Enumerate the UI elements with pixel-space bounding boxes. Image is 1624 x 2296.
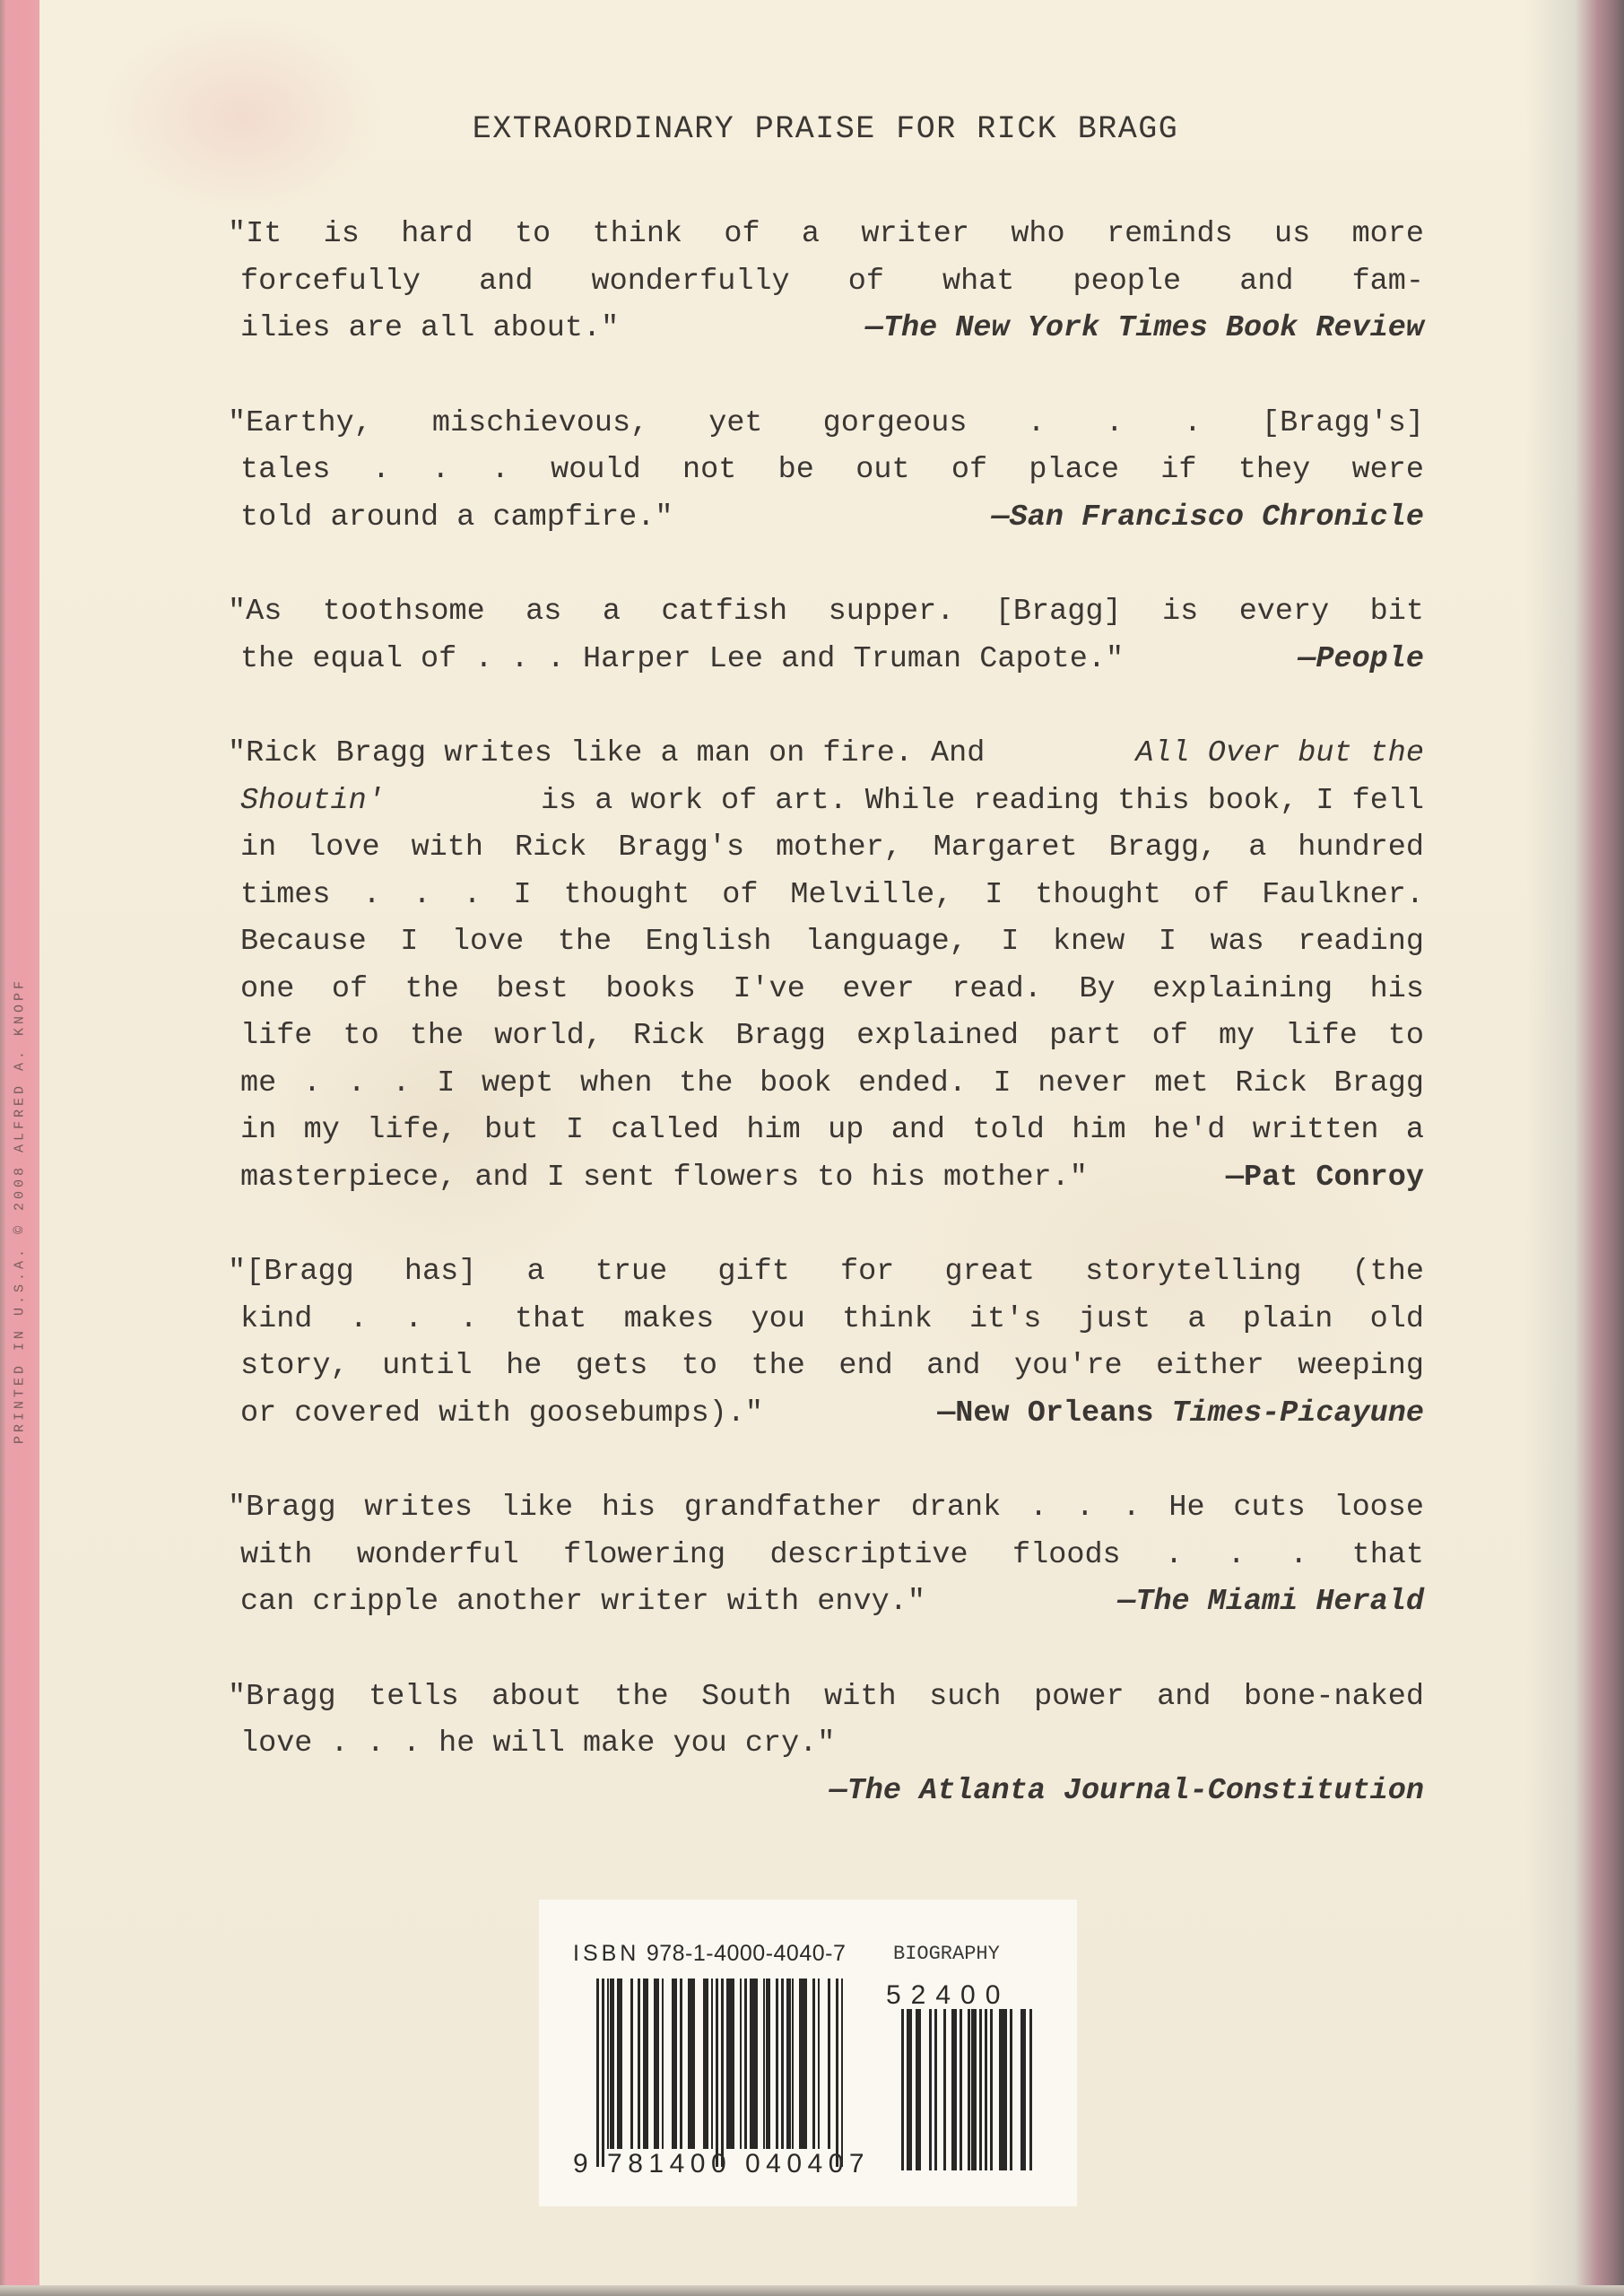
quote-line-with-source: ilies are all about." —The New York Time… [240, 305, 1424, 352]
isbn-barcode-panel: ISBN 978-1-4000-4040-7 BIOGRAPHY 52400 9… [539, 1900, 1077, 2206]
barcode-bar [918, 2009, 921, 2170]
quote-line: story, until he gets to the end and you'… [240, 1343, 1424, 1390]
quote-source: —San Francisco Chronicle [992, 494, 1424, 542]
barcode-bar [985, 2009, 987, 2170]
barcode-bar [656, 1979, 659, 2149]
quote-line: forcefully and wonderfully of what peopl… [240, 258, 1424, 306]
barcode-bar [662, 1979, 664, 2149]
barcode-bar [804, 1979, 807, 2149]
quote-source: —New Orleans Times-Picayune [937, 1390, 1424, 1438]
barcode-bar [612, 1979, 614, 2149]
barcode-bar [792, 1979, 795, 2149]
quote-line: love . . . he will make you cry." [240, 1720, 1424, 1768]
barcode-bar [943, 2009, 946, 2170]
barcode-bar [781, 1979, 784, 2149]
praise-quote: "[Bragg has] a true gift for great story… [240, 1248, 1424, 1437]
barcode-bar [1010, 2009, 1012, 2170]
barcode-bar [828, 1979, 830, 2149]
barcode-bar [620, 1979, 622, 2149]
barcode-bar [1023, 2009, 1026, 2170]
quote-text: masterpiece, and I sent flowers to his m… [240, 1154, 1088, 1202]
quote-source: —People [1298, 636, 1424, 683]
quote-line-with-source: told around a campfire." —San Francisco … [240, 494, 1424, 542]
quote-text: ilies are all about." [240, 305, 619, 352]
praise-quote: "Rick Bragg writes like a man on fire. A… [240, 730, 1424, 1201]
isbn-number: 978-1-4000-4040-7 [647, 1941, 847, 1966]
quote-text: told around a campfire." [240, 494, 673, 542]
praise-quote: "As toothsome as a catfish supper. [Brag… [240, 588, 1424, 683]
barcode-bar [740, 1979, 743, 2149]
page-title: EXTRAORDINARY PRAISE FOR RICK BRAGG [0, 111, 1624, 147]
barcode-bar [638, 1979, 640, 2149]
quote-line-with-source: or covered with goosebumps)." —New Orlea… [240, 1390, 1424, 1438]
quote-line: in love with Rick Bragg's mother, Margar… [240, 824, 1424, 872]
quote-line: "It is hard to think of a writer who rem… [228, 211, 1424, 258]
barcode-bar [716, 1979, 718, 2167]
book-back-cover: PRINTED IN U.S.A. © 2008 ALFRED A. KNOPF… [0, 0, 1624, 2296]
praise-quote: "Earthy, mischievous, yet gorgeous . . .… [240, 400, 1424, 542]
barcode-bar [680, 1979, 682, 2149]
quote-line: life to the world, Rick Bragg explained … [240, 1013, 1424, 1060]
quote-text: "Rick Bragg writes like a man on fire. A… [228, 730, 1003, 778]
quote-source: —The Atlanta Journal-Constitution [240, 1768, 1424, 1815]
barcode-bar [1029, 2009, 1032, 2170]
category-label: BIOGRAPHY [893, 1943, 1000, 1965]
quote-line: one of the best books I've ever read. By… [240, 966, 1424, 1013]
quote-line: in my life, but I called him up and told… [240, 1107, 1424, 1154]
quote-line: with wonderful flowering descriptive flo… [240, 1532, 1424, 1579]
barcode-bar [954, 2009, 957, 2170]
book-title: Shoutin' [240, 778, 385, 825]
barcode-bar [974, 2009, 977, 2170]
isbn-word: ISBN [573, 1941, 639, 1966]
ean-digits: 9 781400 040407 [573, 2149, 870, 2179]
quote-line: Shoutin' is a work of art. While reading… [240, 778, 1424, 825]
quote-line: Because I love the English language, I k… [240, 918, 1424, 966]
quote-source: —The New York Times Book Review [865, 305, 1424, 352]
quote-line: times . . . I thought of Melville, I tho… [240, 872, 1424, 919]
right-edge-shadow [1525, 0, 1624, 2296]
barcode-bar [768, 1979, 770, 2149]
barcode-bar [841, 1979, 844, 2167]
barcode-bar [929, 2009, 932, 2170]
quote-line: kind . . . that makes you think it's jus… [240, 1296, 1424, 1344]
barcode-bar [818, 1979, 821, 2149]
quote-text: or covered with goosebumps)." [240, 1390, 763, 1438]
quote-text: is a work of art. While reading this boo… [541, 778, 1424, 825]
barcode-bar [979, 2009, 982, 2170]
barcode-bar [692, 1979, 695, 2149]
quote-line-with-source: the equal of . . . Harper Lee and Truman… [240, 636, 1424, 683]
quote-line-with-source: can cripple another writer with envy." —… [240, 1578, 1424, 1626]
barcode-bar [602, 1979, 604, 2167]
barcode-bar [934, 2009, 937, 2170]
barcode-bar [909, 2009, 912, 2170]
barcode-bar [836, 1979, 838, 2167]
isbn-label: ISBN 978-1-4000-4040-7 [573, 1941, 846, 1967]
barcode-bar [732, 1979, 734, 2149]
barcode-bar [776, 1979, 778, 2149]
quote-source: —Pat Conroy [1226, 1154, 1424, 1202]
barcode-bar [755, 1979, 758, 2149]
barcode-bar [674, 1979, 677, 2149]
barcode-bar [711, 1979, 714, 2149]
barcode-bar [960, 2009, 962, 2170]
barcode-bar [646, 1979, 648, 2149]
quote-line: "[Bragg has] a true gift for great story… [228, 1248, 1424, 1296]
barcode-bar [1004, 2009, 1007, 2170]
praise-quotes: "It is hard to think of a writer who rem… [240, 211, 1424, 1862]
quote-line: me . . . I wept when the book ended. I n… [240, 1060, 1424, 1108]
quote-line: "Bragg tells about the South with such p… [228, 1674, 1424, 1721]
barcode-bar [990, 2009, 993, 2170]
quote-line: "Bragg writes like his grandfather drank… [228, 1484, 1424, 1532]
barcode-bar [812, 1979, 815, 2149]
book-title: All Over but the [1135, 730, 1424, 778]
quote-text: can cripple another writer with envy." [240, 1578, 925, 1626]
quote-line-with-source: masterpiece, and I sent flowers to his m… [240, 1154, 1424, 1202]
praise-quote: "It is hard to think of a writer who rem… [240, 211, 1424, 352]
quote-line: "Earthy, mischievous, yet gorgeous . . .… [228, 400, 1424, 448]
price-code: 52400 [886, 1980, 1010, 2011]
barcode-bar [744, 1979, 747, 2149]
quote-source-prefix: —New Orleans [937, 1396, 1171, 1431]
quote-line: "As toothsome as a catfish supper. [Brag… [228, 588, 1424, 636]
quote-line: "Rick Bragg writes like a man on fire. A… [228, 730, 1424, 778]
quote-text: the equal of . . . Harper Lee and Truman… [240, 636, 1124, 683]
quote-source-title: Times-Picayune [1172, 1396, 1424, 1431]
barcode-bar [721, 1979, 724, 2167]
barcode-bar [630, 1979, 633, 2149]
barcode-bar [596, 1979, 599, 2167]
pink-spine-strip: PRINTED IN U.S.A. © 2008 ALFRED A. KNOPF [0, 0, 39, 2285]
spine-imprint-text: PRINTED IN U.S.A. © 2008 ALFRED A. KNOPF [13, 978, 28, 1444]
barcode-bar [901, 2009, 904, 2170]
praise-quote: "Bragg writes like his grandfather drank… [240, 1484, 1424, 1626]
quote-source: —The Miami Herald [1117, 1578, 1424, 1626]
bottom-edge-shadow [0, 2285, 1624, 2296]
quote-line: tales . . . would not be out of place if… [240, 447, 1424, 494]
praise-quote: "Bragg tells about the South with such p… [240, 1674, 1424, 1815]
barcode-bar [706, 1979, 708, 2149]
